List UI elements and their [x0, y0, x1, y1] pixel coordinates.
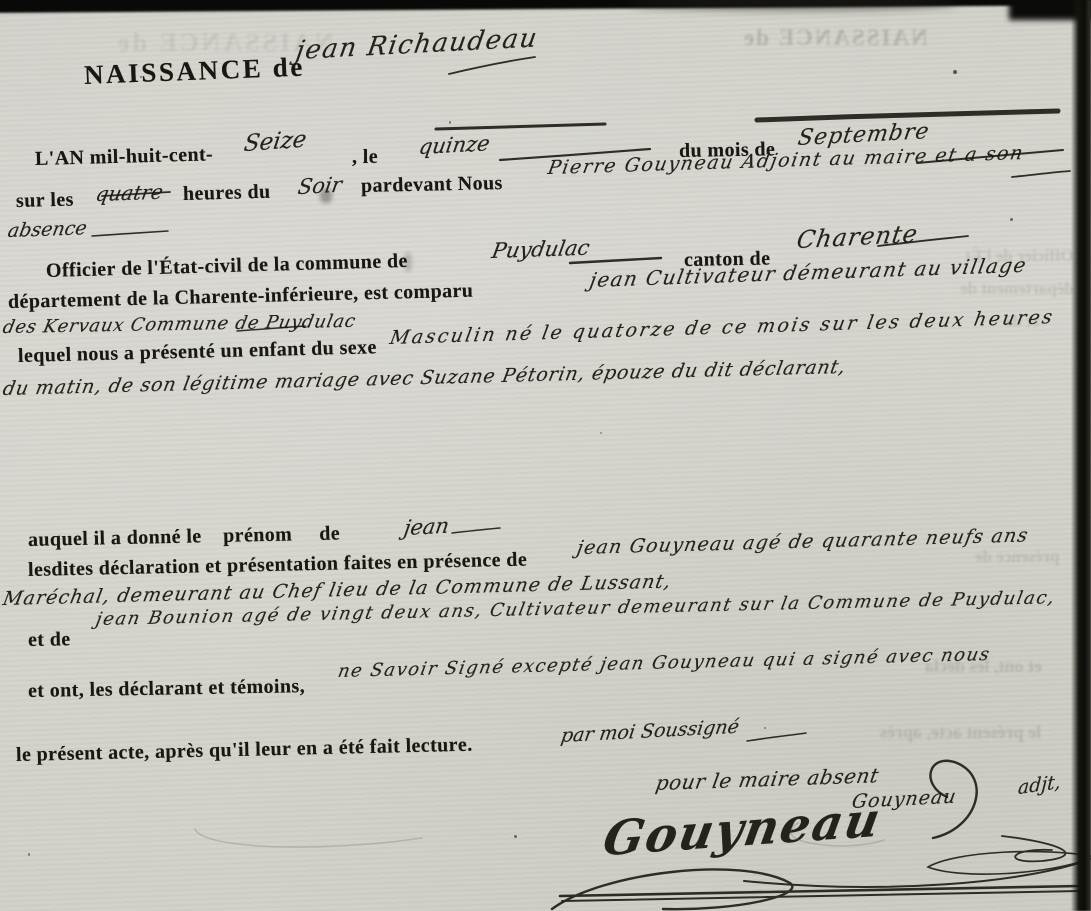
ink-speck — [1010, 218, 1013, 221]
ink-speck — [953, 70, 957, 74]
officiant-handwriting: Pierre Gouyneau Adjoint au maire et a so… — [546, 144, 1025, 178]
hour-suffix-printed: heures du — [183, 182, 271, 204]
day-label-printed: , le — [352, 147, 378, 167]
departement-printed: département de la Charente-inférieure, e… — [8, 281, 474, 312]
year-handwriting: Seize — [242, 129, 308, 157]
canton-handwriting: Charente — [795, 222, 920, 253]
day-handwriting: quinze — [417, 133, 491, 158]
pardevant-printed: pardevant Nous — [361, 173, 503, 196]
bleedthrough-text: NAISSANCE de — [742, 26, 928, 49]
commune-handwriting: Puydulac — [490, 238, 591, 263]
ink-speck — [600, 432, 602, 434]
bleedthrough-text: département de — [960, 280, 1074, 297]
scan-right-edge — [1071, 0, 1091, 911]
sexe-label-printed: lequel nous a présenté un enfant du sexe — [18, 337, 377, 366]
birth-details-handwriting: Masculin né le quatorze de ce mois sur l… — [388, 308, 1056, 348]
ink-speck — [764, 727, 766, 729]
firstname-handwriting: jean — [402, 516, 450, 540]
hour-prefix-printed: sur les — [16, 189, 74, 211]
ink-speck — [28, 853, 30, 856]
ink-speck — [514, 835, 517, 838]
lecture-printed: le présent acte, après qu'il leur en a é… — [16, 735, 473, 765]
absence-handwriting: absence — [6, 219, 88, 241]
title-printed: NAISSANCE de — [83, 54, 305, 89]
declaration-printed: et ont, les déclarant et témoins, — [28, 676, 305, 701]
commune-label-printed: Officier de l'État-civil de la commune d… — [46, 251, 408, 281]
witness1-handwriting: jean Gouyneau agé de quarante neufs ans — [575, 526, 1030, 558]
signing-note-handwriting: ne Savoir Signé excepté jean Gouyneau qu… — [336, 646, 992, 681]
year-label-printed: L'AN mil-huit-cent- — [35, 144, 214, 169]
hour-handwriting: quatre — [94, 182, 165, 204]
ink-smudge — [404, 252, 412, 272]
soussigne-handwriting: par moi Soussigné — [559, 718, 740, 747]
ink-smudge — [320, 189, 332, 203]
birth-record-scan: NAISSANCE de NAISSANCE de Officier de l'… — [0, 0, 1091, 911]
prenom-label-printed: auquel il a donné le prénom de — [28, 523, 340, 550]
signature-secondary-title: adjt, — [1017, 773, 1061, 798]
signature-primary: Gouyneau — [600, 796, 885, 863]
signature-secondary: Gouyneau — [850, 787, 958, 812]
bleedthrough-text: présence de — [975, 548, 1060, 565]
village-handwriting: des Kervaux Commune de Puydulac — [1, 313, 357, 337]
pour-le-maire-handwriting: pour le maire absent — [654, 765, 880, 793]
ink-speck — [449, 121, 451, 124]
ink-speck — [140, 76, 142, 78]
etde-printed: et de — [28, 629, 71, 650]
bleedthrough-text: le présent acte, après — [880, 723, 1041, 741]
